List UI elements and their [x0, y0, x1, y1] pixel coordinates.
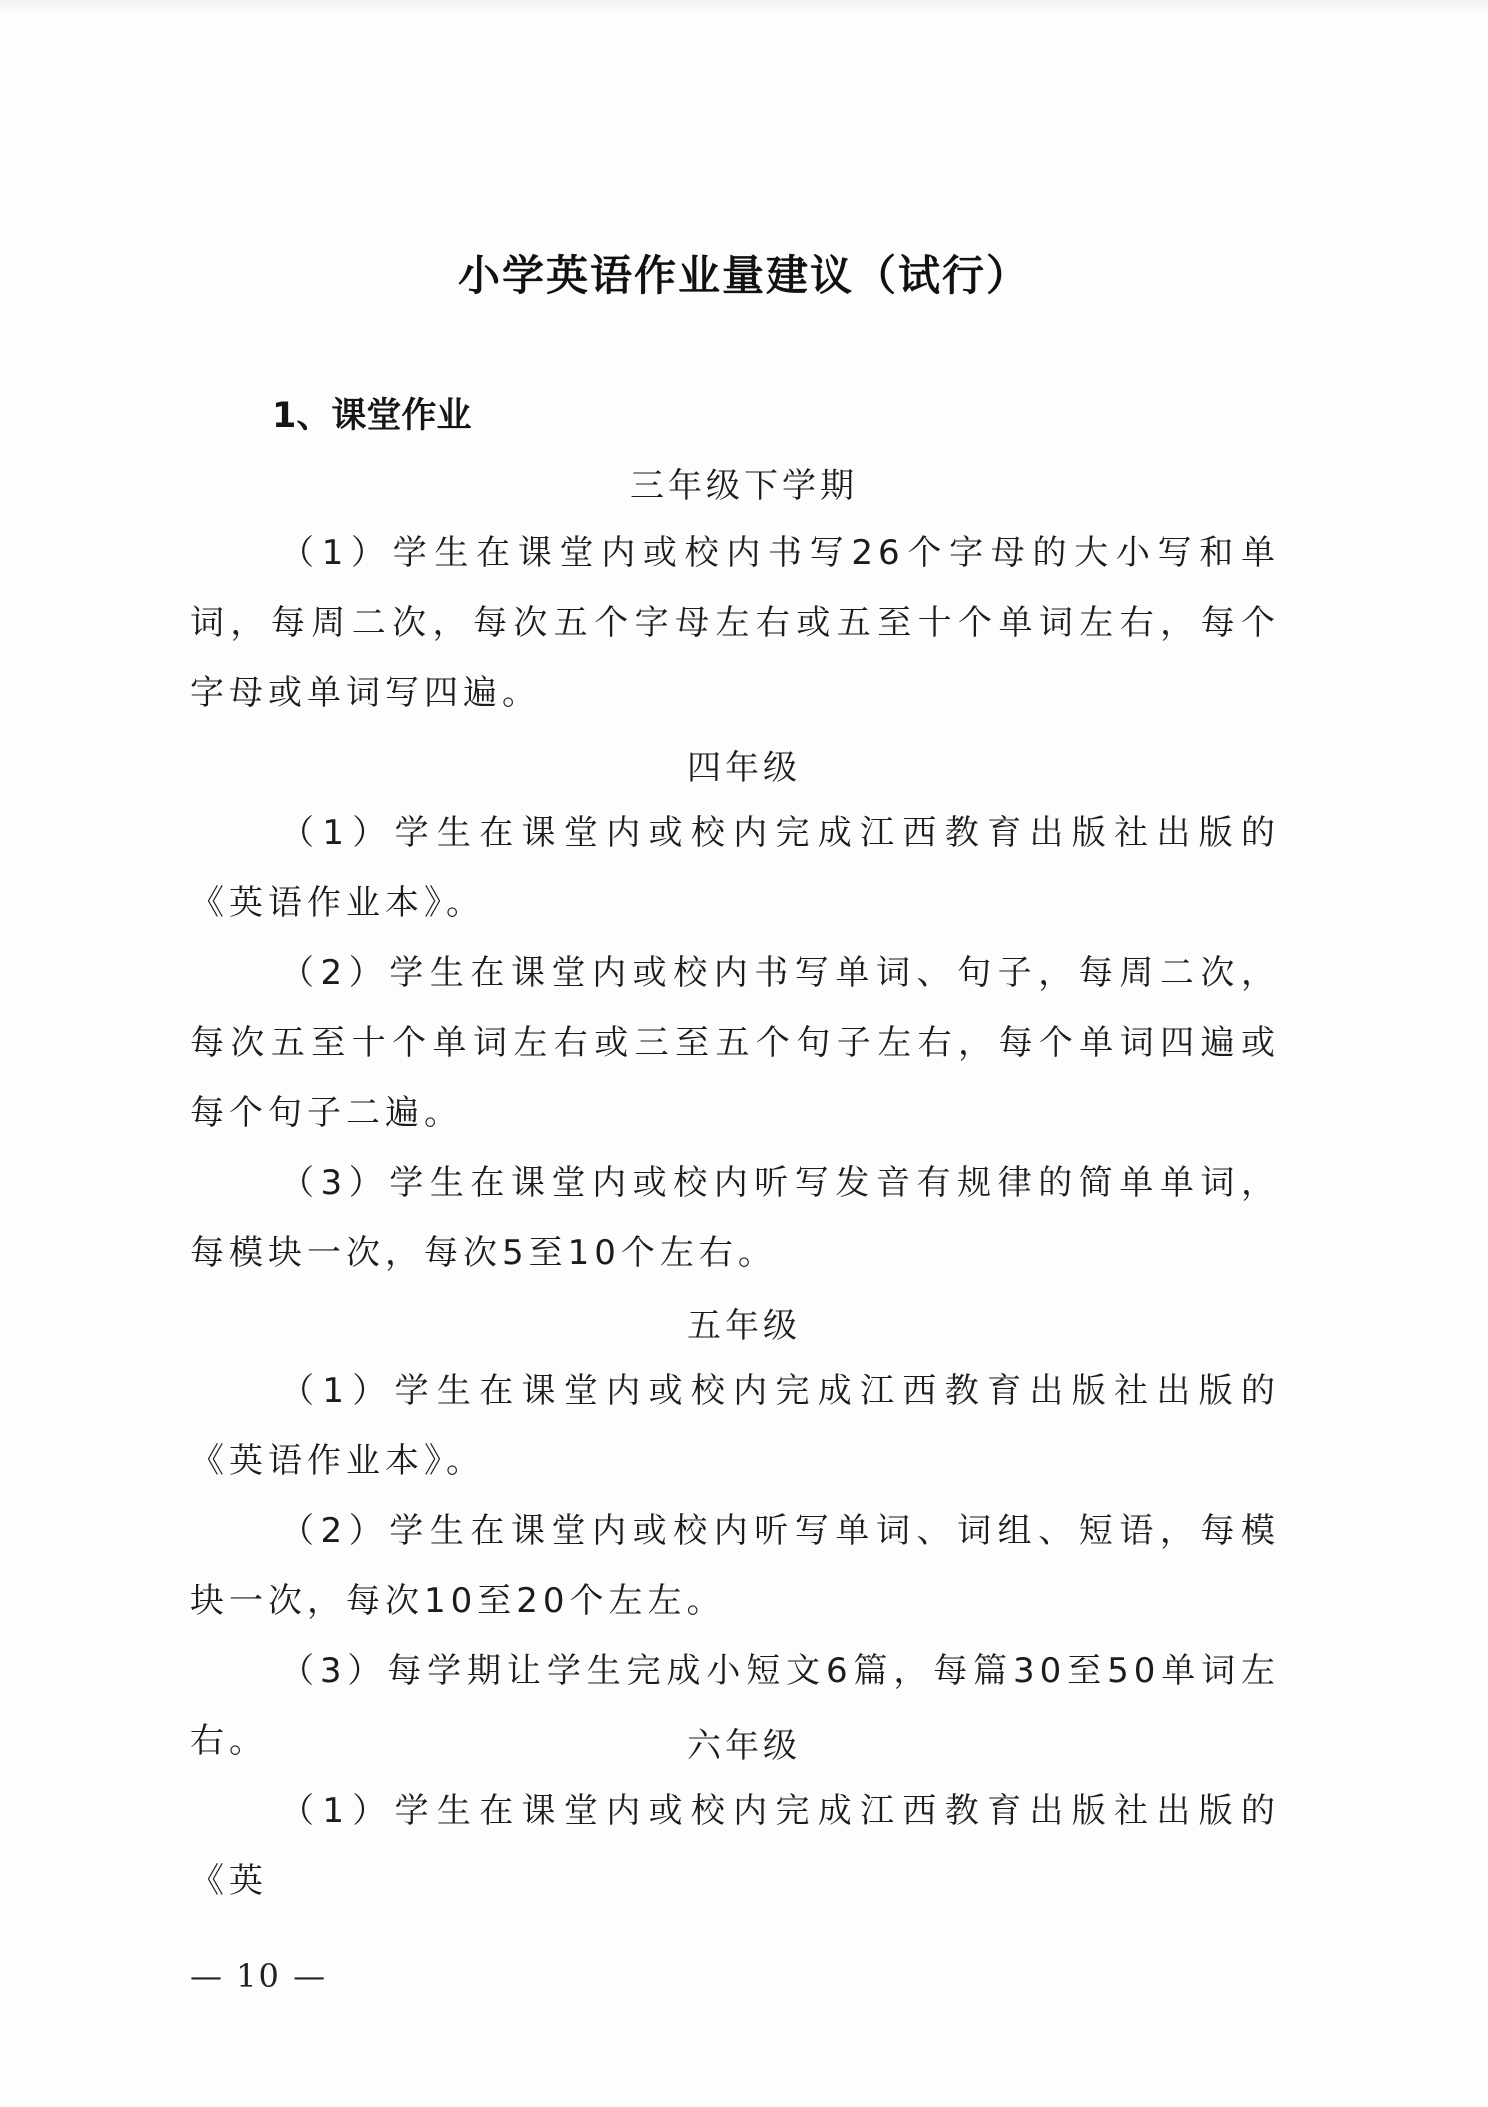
document-title: 小学英语作业量建议（试行） [0, 243, 1488, 303]
paragraph-g4-3: （3）学生在课堂内或校内听写发音有规律的简单单词，每模块一次，每次5至10个左右… [190, 1148, 1280, 1288]
section-heading: 1、课堂作业 [272, 388, 471, 438]
grade-heading-6: 六年级 [0, 1718, 1488, 1767]
paragraph-g4-2: （2）学生在课堂内或校内书写单词、句子，每周二次，每次五至十个单词左右或三至五个… [190, 938, 1280, 1148]
grade-heading-4: 四年级 [0, 740, 1488, 789]
scan-edge [0, 0, 1488, 14]
grade-heading-5: 五年级 [0, 1298, 1488, 1347]
paragraph-g3-1: （1）学生在课堂内或校内书写26个字母的大小写和单词，每周二次，每次五个字母左右… [190, 518, 1280, 728]
paragraph-g4-1: （1）学生在课堂内或校内完成江西教育出版社出版的《英语作业本》。 [190, 798, 1280, 938]
grade-heading-3: 三年级下学期 [0, 458, 1488, 507]
paragraph-g5-2: （2）学生在课堂内或校内听写单词、词组、短语，每模块一次，每次10至20个左左。 [190, 1496, 1280, 1636]
paragraph-g5-1: （1）学生在课堂内或校内完成江西教育出版社出版的《英语作业本》。 [190, 1356, 1280, 1496]
paragraph-g6-1: （1）学生在课堂内或校内完成江西教育出版社出版的《英 [190, 1776, 1280, 1916]
page-number: — 10 — [190, 1957, 327, 1995]
